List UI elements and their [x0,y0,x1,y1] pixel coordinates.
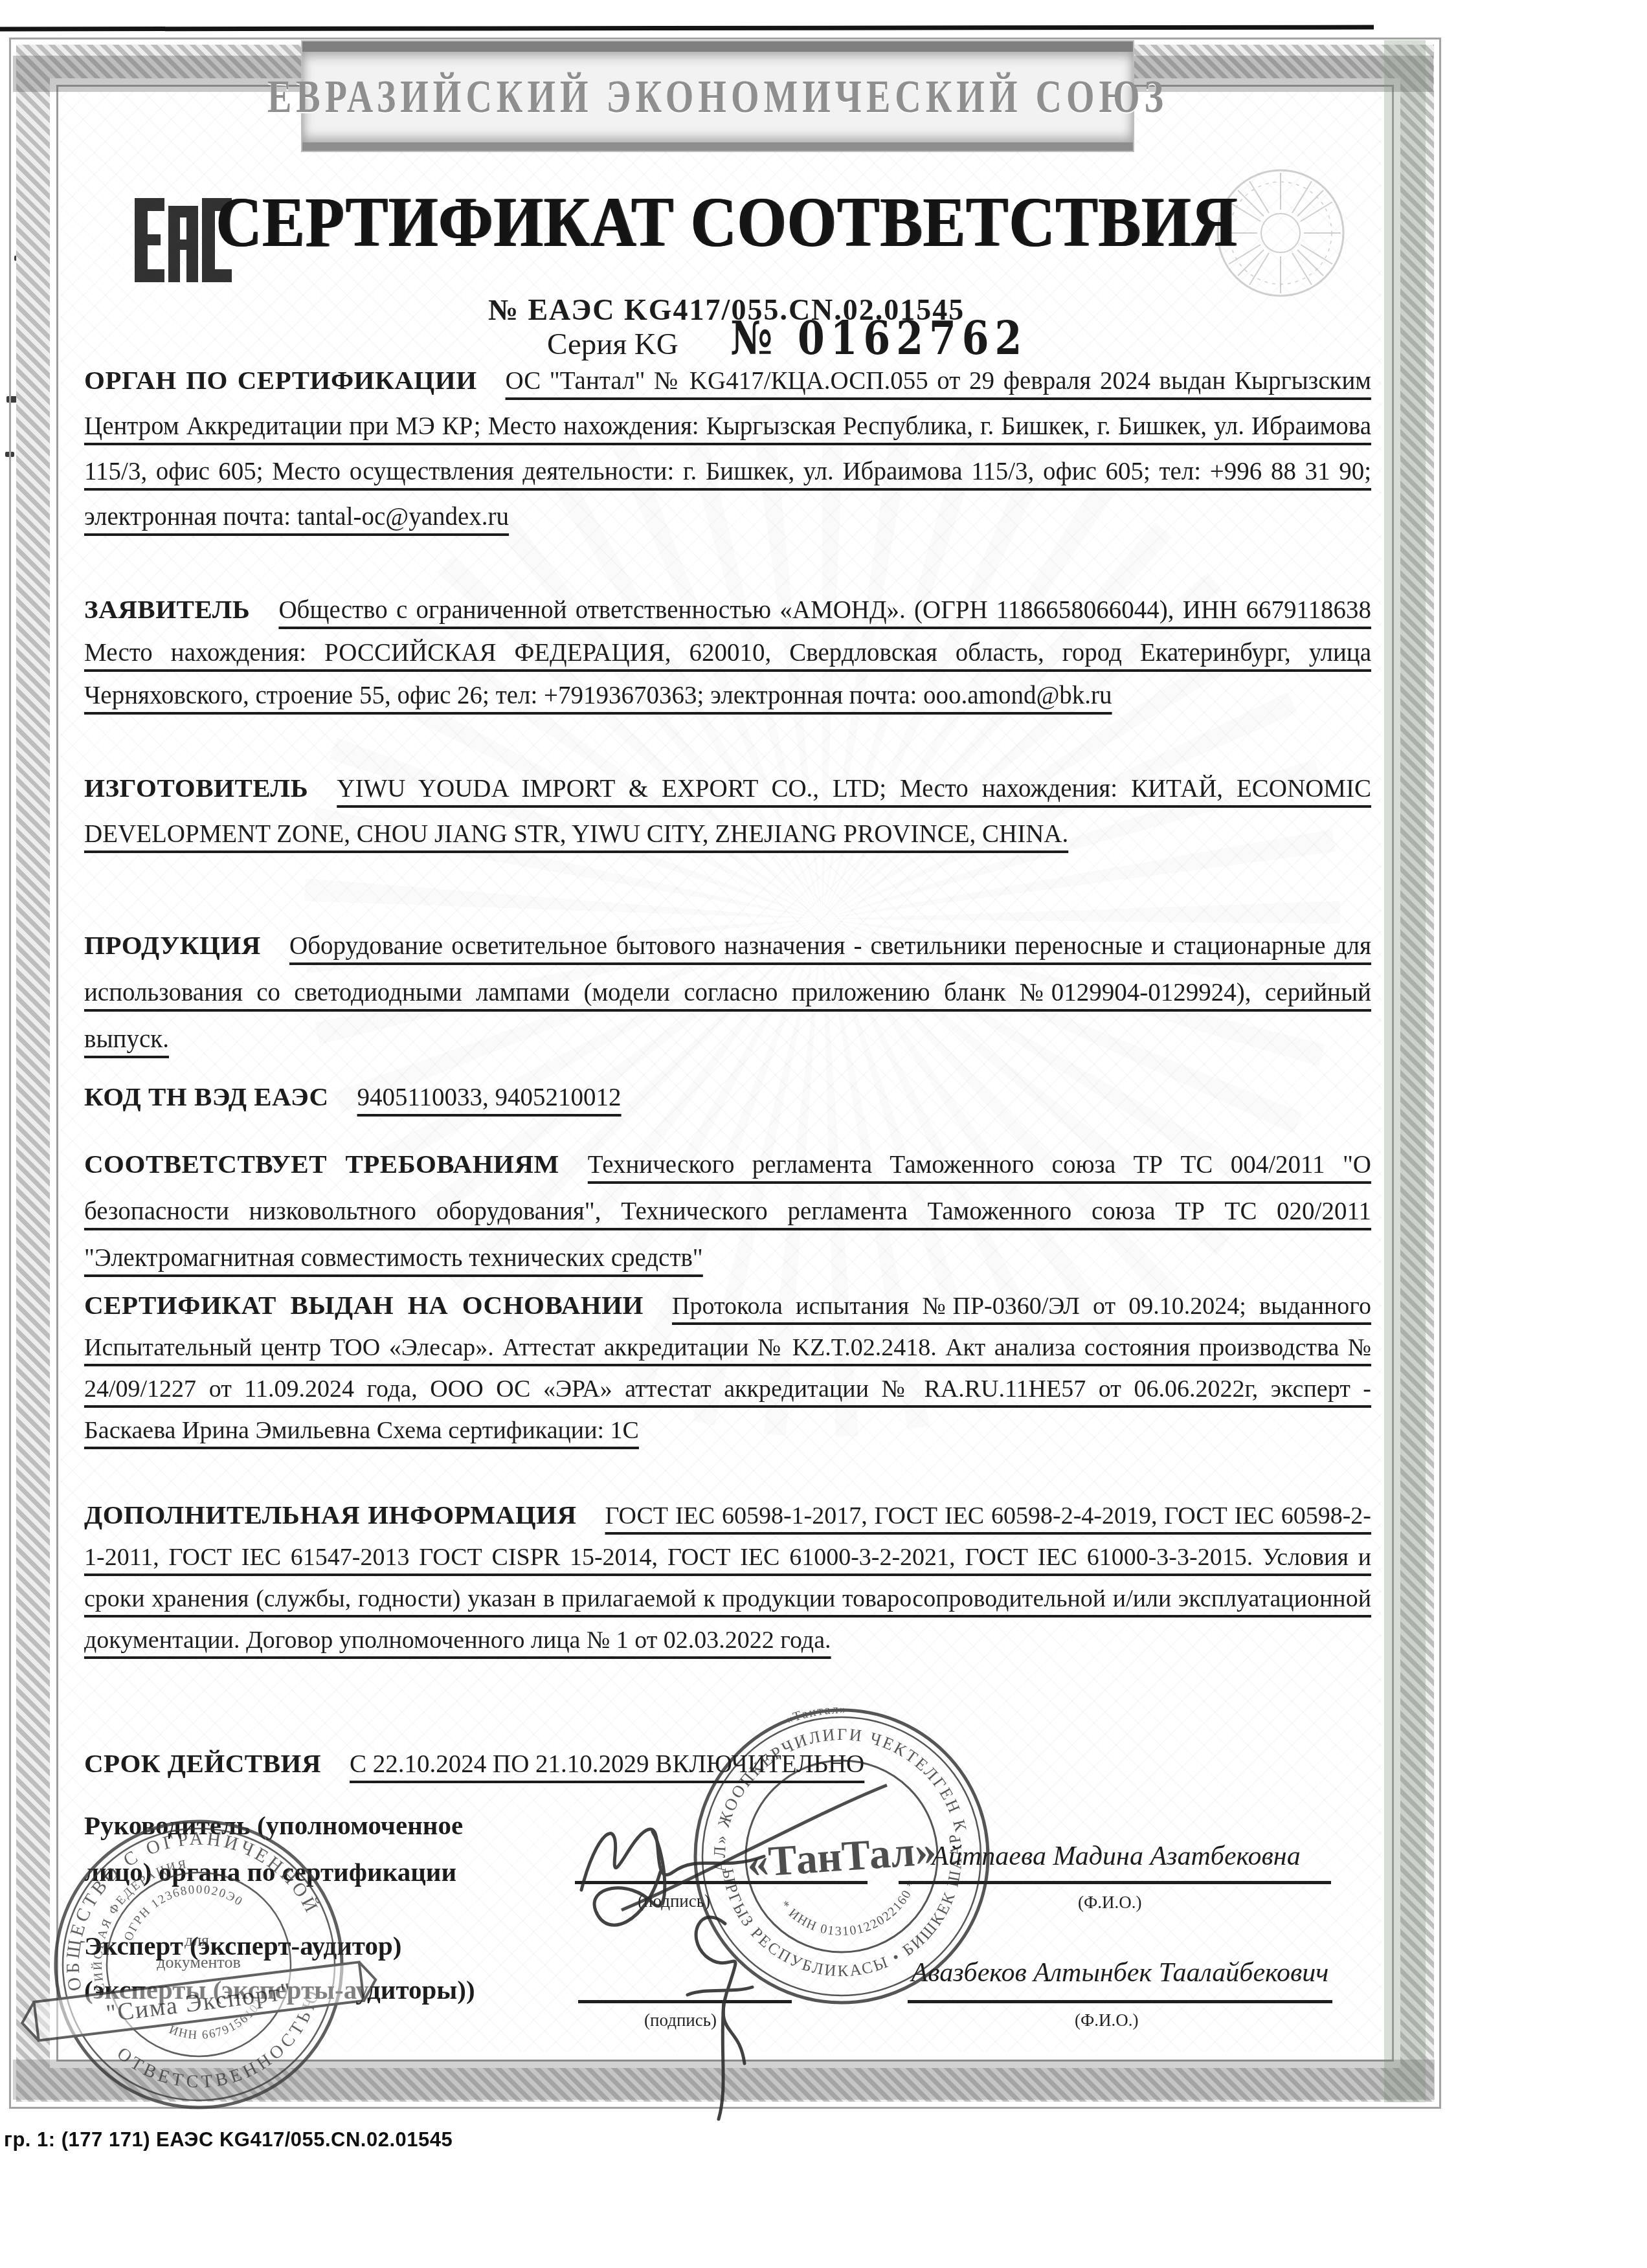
certificate-page: ЕВРАЗИЙСКИЙ ЭКОНОМИЧЕСКИЙ СОЮЗ [0,0,1647,2268]
svg-text:* ИНН 01310122022160 *: * ИНН 01310122022160 * [776,1875,927,1950]
section-label: ОРГАН ПО СЕРТИФИКАЦИИ [84,365,477,395]
certificate-number: № ЕАЭС KG417/055.CN.02.01545 [79,293,1374,327]
section-tnved-code: КОД ТН ВЭД ЕАЭС9405110033, 9405210012 [84,1073,1371,1121]
section-manufacturer: ИЗГОТОВИТЕЛЬYIWU YOUDA IMPORT & EXPORT C… [84,765,1371,857]
sunburst-watermark [304,401,1340,1437]
expert-fio-caption: (Ф.И.О.) [1075,2010,1139,2030]
section-certification-body: ОРГАН ПО СЕРТИФИКАЦИИОС "Тантал" № KG417… [84,357,1371,540]
section-value: Общество с ограниченной ответственностью… [84,596,1371,709]
series-label: Серия KG [547,327,678,362]
section-label: СРОК ДЕЙСТВИЯ [84,1748,321,1778]
section-basis: СЕРТИФИКАТ ВЫДАН НА ОСНОВАНИИПротокола и… [84,1284,1371,1451]
section-label: ИЗГОТОВИТЕЛЬ [84,773,308,803]
sima-export-round-stamp: ОБЩЕСТВО С ОГРАНИЧЕННОЙ ОТВЕТСТВЕННОСТЬЮ… [47,1812,351,2117]
section-applicant: ЗАЯВИТЕЛЬОбщество с ограниченной ответст… [84,588,1371,717]
section-label: СЕРТИФИКАТ ВЫДАН НА ОСНОВАНИИ [84,1290,644,1320]
section-additional-info: ДОПОЛНИТЕЛЬНАЯ ИНФОРМАЦИЯГОСТ IEC 60598-… [84,1494,1371,1661]
section-label: ДОПОЛНИТЕЛЬНАЯ ИНФОРМАЦИЯ [84,1500,577,1529]
scan-artifact-line [0,25,1374,32]
section-label: КОД ТН ВЭД ЕАЭС [84,1082,329,1111]
tantal-inner-text: * ИНН 01310122022160 * [776,1875,927,1950]
svg-text:«Тантал»: «Тантал» [783,1699,850,1728]
section-label: СООТВЕТСТВУЕТ ТРЕБОВАНИЯМ [84,1149,559,1179]
svg-text:ОГРН 1236800020Э0: ОГРН 1236800020Э0 [111,1867,248,1946]
section-product: ПРОДУКЦИЯОборудование осветительное быто… [84,922,1371,1063]
certificate-title: СЕРТИФИКАТ СООТВЕТСТВИЯ [79,182,1374,263]
section-label: ЗАЯВИТЕЛЬ [84,594,250,624]
sima-center-line2: документов [157,1953,240,1972]
page-footer-reference: гр. 1: (177 171) ЕАЭС KG417/055.CN.02.01… [4,2128,453,2151]
section-label: ПРОДУКЦИЯ [84,930,261,960]
section-value: Оборудование осветительное бытового назн… [84,932,1371,1053]
union-name-plaque: ЕВРАЗИЙСКИЙ ЭКОНОМИЧЕСКИЙ СОЮЗ [302,41,1133,151]
tantal-round-stamp: «Тантал» «ТАНТАЛ» ЖООПКЕРЧИЛИГИ ЧЕКТЕЛГЕ… [686,1701,997,2012]
sima-center-line1: для [185,1931,209,1950]
tantal-center-text: «ТанТал» [746,1827,938,1887]
head-fio-caption: (Ф.И.О.) [1078,1893,1142,1913]
section-value: 9405110033, 9405210012 [357,1084,622,1111]
border-right-green-tint [1384,40,1426,2102]
section-requirements: СООТВЕТСТВУЕТ ТРЕБОВАНИЯМТехнического ре… [84,1140,1371,1282]
union-name-text: ЕВРАЗИЙСКИЙ ЭКОНОМИЧЕСКИЙ СОЮЗ [267,70,1168,124]
sima-ogrn-text: ОГРН 1236800020Э0 [111,1867,248,1946]
tantal-rim-text: «Тантал» [783,1699,850,1728]
